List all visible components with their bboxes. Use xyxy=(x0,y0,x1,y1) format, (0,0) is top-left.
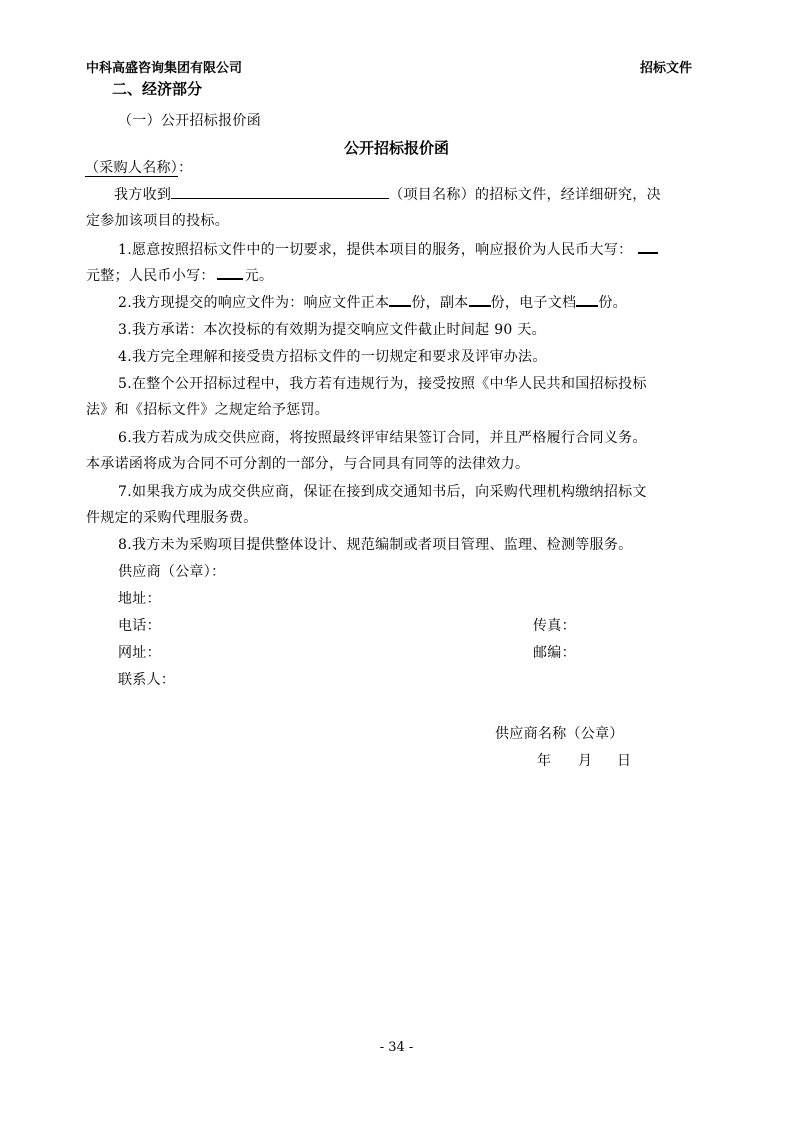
item-5-line-1: 5.在整个公开招标过程中，我方若有违规行为，接受按照《中华人民共和国招标投标 xyxy=(118,373,647,393)
item-2-text-b: 份，副本 xyxy=(411,295,468,311)
section-heading: 二、经济部分 xyxy=(112,78,202,99)
page-number: - 34 - xyxy=(0,1040,793,1055)
item-2-text-c: 份，电子文档 xyxy=(491,295,577,311)
item-5-line-2: 法》和《招标文件》之规定给予惩罚。 xyxy=(86,399,329,419)
item-2: 2.我方现提交的响应文件为：响应文件正本份，副本份，电子文档份。 xyxy=(118,292,627,312)
item-3: 3.我方承诺：本次投标的有效期为提交响应文件截止时间起 90 天。 xyxy=(118,319,546,339)
intro-prefix: 我方收到 xyxy=(114,187,171,203)
item-1-line-1: 1.愿意按照招标文件中的一切要求，提供本项目的服务，响应报价为人民币大写： xyxy=(118,239,658,259)
fax-label: 传真： xyxy=(533,615,576,635)
item-1-text: 1.愿意按照招标文件中的一切要求，提供本项目的服务，响应报价为人民币大写： xyxy=(118,242,632,258)
item-7-line-2: 件规定的采购代理服务费。 xyxy=(86,507,258,527)
item-1-line-2: 元整；人民币小写：元。 xyxy=(86,265,273,285)
signature-month: 月 xyxy=(578,750,592,770)
item-1-text-b: 元。 xyxy=(245,268,274,284)
electronic-copies-blank xyxy=(576,293,598,307)
signature-year: 年 xyxy=(537,750,551,770)
duplicate-copies-blank xyxy=(469,293,491,307)
contact-label: 联系人： xyxy=(118,669,175,689)
supplier-name-seal: 供应商名称（公章） xyxy=(495,723,624,743)
addressee: （采购人名称） xyxy=(85,160,178,177)
item-2-text-d: 份。 xyxy=(598,295,627,311)
addressee-line: （采购人名称）： xyxy=(85,157,192,177)
intro-line-1: 我方收到（项目名称）的招标文件，经详细研究，决 xyxy=(114,184,661,204)
item-6-line-1: 6.我方若成为成交供应商，将按照最终评审结果签订合同，并且严格履行合同义务。 xyxy=(118,427,647,447)
addressee-colon: ： xyxy=(178,160,192,176)
amount-uppercase-blank xyxy=(638,240,658,254)
supplier-seal-label: 供应商（公章）： xyxy=(118,561,225,581)
section-subheading: （一）公开招标报价函 xyxy=(118,110,261,130)
signature-day: 日 xyxy=(617,750,631,770)
website-label: 网址： xyxy=(118,642,161,662)
phone-label: 电话： xyxy=(118,615,161,635)
postcode-label: 邮编： xyxy=(533,642,576,662)
intro-suffix: （项目名称）的招标文件，经详细研究，决 xyxy=(389,187,661,203)
item-7-line-1: 7.如果我方成为成交供应商，保证在接到成交通知书后，向采购代理机构缴纳招标文 xyxy=(118,481,647,501)
letter-title: 公开招标报价函 xyxy=(0,137,793,158)
header-doc-type: 招标文件 xyxy=(640,57,692,76)
intro-line-2: 定参加该项目的投标。 xyxy=(86,210,229,230)
item-8: 8.我方未为采购项目提供整体设计、规范编制或者项目管理、监理、检测等服务。 xyxy=(118,534,632,554)
project-name-blank xyxy=(171,186,389,199)
original-copies-blank xyxy=(389,293,411,307)
address-label: 地址： xyxy=(118,588,161,608)
item-4: 4.我方完全理解和接受贵方招标文件的一切规定和要求及评审办法。 xyxy=(118,346,547,366)
item-1-text-a: 元整；人民币小写： xyxy=(86,268,215,284)
amount-lowercase-blank xyxy=(217,266,243,280)
header-company: 中科高盛咨询集团有限公司 xyxy=(86,57,242,76)
item-2-text-a: 2.我方现提交的响应文件为：响应文件正本 xyxy=(118,295,389,311)
item-6-line-2: 本承诺函将成为合同不可分割的一部分，与合同具有同等的法律效力。 xyxy=(86,453,529,473)
